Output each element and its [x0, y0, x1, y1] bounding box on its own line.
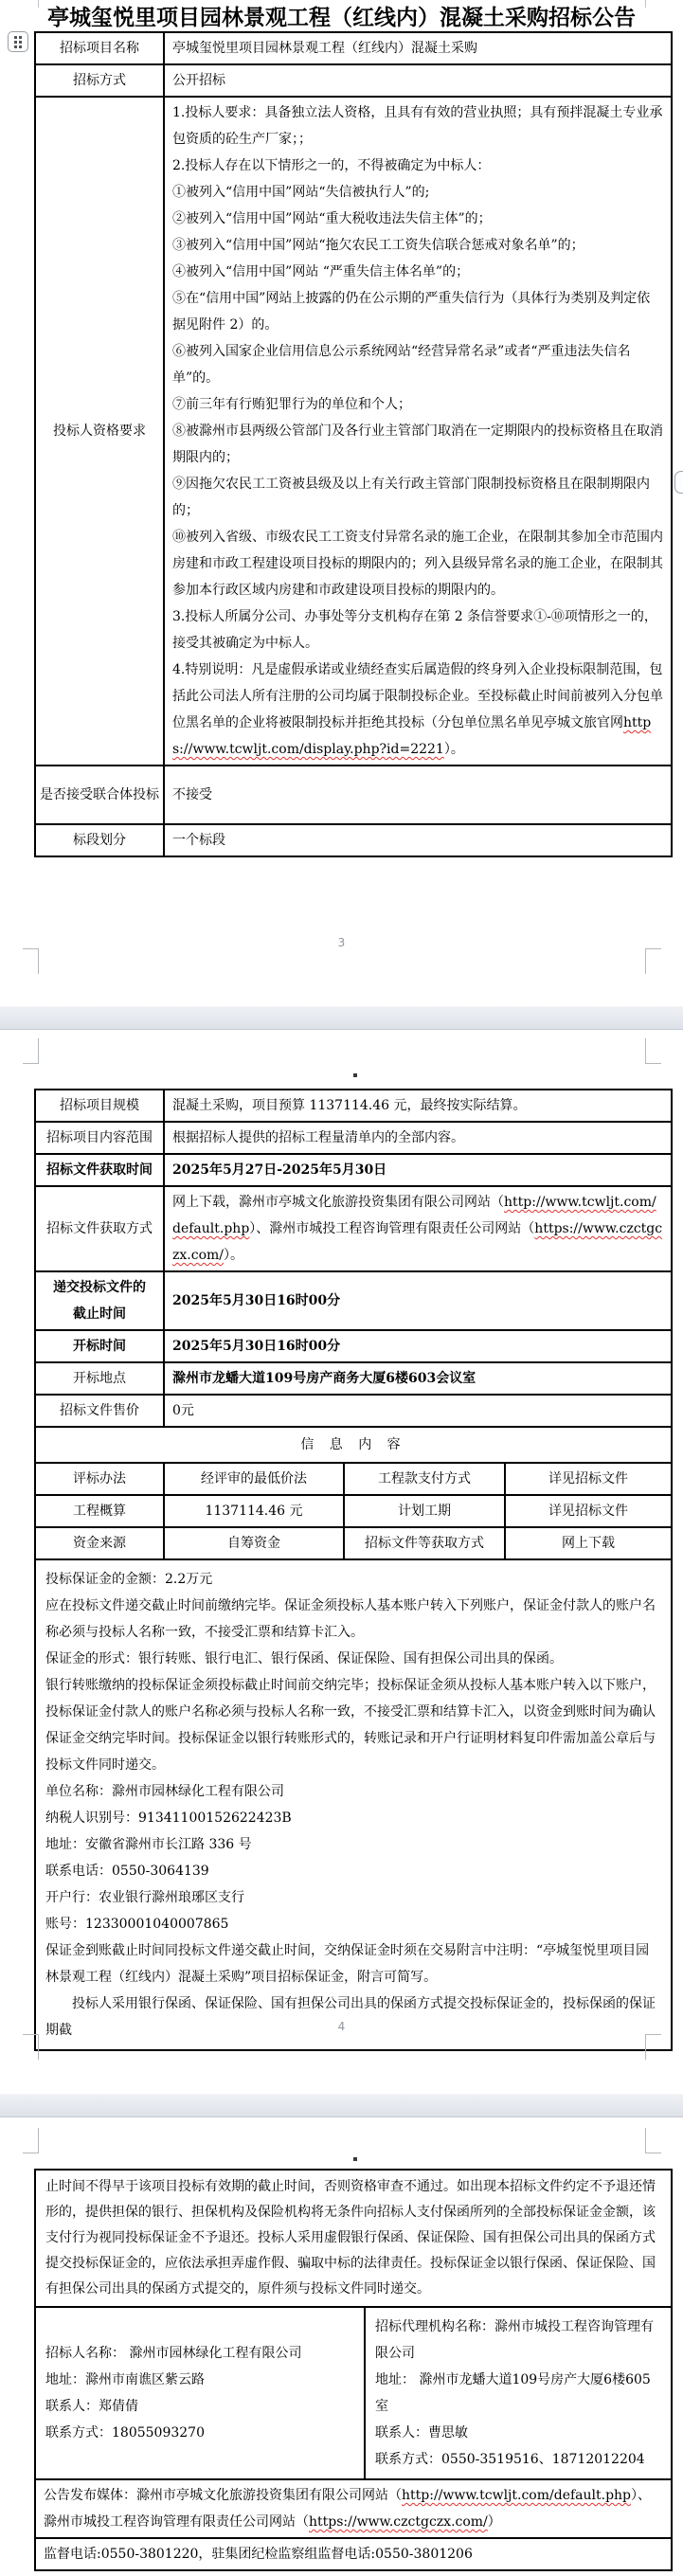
tenderer-info: 招标人名称： 滁州市园林绿化工程有限公司 地址：滁州市南谯区紫云路 联系人：郑倩… [35, 2307, 365, 2479]
field-value: 2025年5月30日16时00分 [164, 1271, 672, 1330]
drag-handle-dot [14, 45, 17, 48]
drag-handle-dot [19, 41, 22, 44]
table-row: 招标文件售价 0元 [35, 1395, 672, 1427]
deposit-paragraph: 投标保证金的金额：2.2万元 [45, 1566, 661, 1593]
deposit-paragraph: 单位名称：滁州市园林绿化工程有限公司 [45, 1778, 661, 1805]
table-row: 评标办法 经评审的最低价法 工程款支付方式 详见招标文件 [35, 1463, 672, 1495]
page-number: 3 [0, 936, 683, 949]
field-label: 是否接受联合体投标 [35, 766, 164, 824]
tenderer-phone: 联系方式：18055093270 [45, 2420, 354, 2446]
page-corner-mark [23, 1038, 39, 1064]
deposit-paragraph: 纳税人识别号：91341100152622423B [45, 1805, 661, 1831]
document-page-3: 止时间不得早于该项目投标有效期的截止时间，否则资格审查不通过。如出现本招标文件约… [0, 2117, 683, 2576]
agency-phone: 联系方式：0550-3519516、18712012204 [375, 2446, 661, 2473]
page-corner-mark [23, 2034, 39, 2060]
announcement-media: 公告发布媒体：滁州市亭城文化旅游投资集团有限公司网站（http://www.tc… [35, 2479, 672, 2538]
deposit-paragraph: 应在投标文件递交截止时间前缴纳完毕。保证金须投标人基本账户转入下列账户，保证金付… [45, 1593, 661, 1646]
field-label: 工程款支付方式 [344, 1463, 505, 1495]
document-download-info: 网上下载，滁州市亭城文化旅游投资集团有限公司网站（http://www.tcwl… [164, 1186, 672, 1271]
deposit-paragraph: 银行转账缴纳的投标保证金须投标截止时间前交纳完毕；投标保证金须从投标人基本账户转… [45, 1672, 661, 1778]
field-label: 计划工期 [344, 1495, 505, 1527]
field-value: 2025年5月30日16时00分 [164, 1330, 672, 1362]
field-label: 招标项目内容范围 [35, 1122, 164, 1154]
requirement-item: ④被列入“信用中国”网站 “严重失信主体名单”的； [172, 259, 663, 285]
field-value: 根据招标人提供的招标工程量清单内的全部内容。 [164, 1122, 672, 1154]
agency-name: 招标代理机构名称：滁州市城投工程咨询管理有限公司 [375, 2314, 661, 2367]
page-separator [0, 2094, 683, 2117]
supervision-phone: 监督电话:0550-3801220，驻集团纪检监察组监督电话:0550-3801… [35, 2538, 672, 2570]
table-row: 资金来源 自筹资金 招标文件等获取方式 网上下载 [35, 1527, 672, 1559]
field-label: 招标项目规模 [35, 1090, 164, 1122]
tender-notice-table: 招标项目名称 亭城玺悦里项目园林景观工程（红线内）混凝土采购 招标方式 公开招标… [34, 31, 673, 857]
field-label: 招标文件获取时间 [35, 1154, 164, 1186]
tender-info-table: 招标项目规模 混凝土采购，项目预算 1137114.46 元，最终按实际结算。 … [34, 1089, 673, 2051]
requirement-item: ⑦前三年有行贿犯罪行为的单位和个人； [172, 391, 663, 418]
requirement-item: ⑧被滁州市县两级公管部门及各行业主管部门取消在一定期限内的投标资格且在取消期限内… [172, 418, 663, 471]
field-value: 2025年5月27日-2025年5月30日 [164, 1154, 672, 1186]
field-value: 亭城玺悦里项目园林景观工程（红线内）混凝土采购 [164, 32, 672, 64]
table-row: 信 息 内 容 [35, 1427, 672, 1463]
page-number: 4 [0, 2020, 683, 2033]
deposit-paragraph: 投标人采用银行保函、保证保险、国有担保公司出具的保函方式提交投标保证金的，投标保… [45, 1991, 661, 2044]
requirement-item: ①被列入“信用中国”网站“失信被执行人”的; [172, 179, 663, 206]
field-label: 资金来源 [35, 1527, 164, 1559]
info-section-header: 信 息 内 容 [35, 1427, 672, 1463]
deposit-paragraph: 账号：12330001040007865 [45, 1911, 661, 1937]
download-text: 网上下载，滁州市亭城文化旅游投资集团有限公司网站（ [172, 1195, 504, 1210]
requirement-item: ⑩被列入省级、市级农民工工资支付异常名录的施工企业，在限制其参加全市范围内房建和… [172, 524, 663, 603]
table-row: 递交投标文件的 截止时间 2025年5月30日16时00分 [35, 1271, 672, 1330]
media-text: 公告发布媒体：滁州市亭城文化旅游投资集团有限公司网站（ [44, 2488, 402, 2503]
drag-handle-dot [14, 41, 17, 44]
page-corner-mark [645, 948, 661, 974]
field-label: 招标文件等获取方式 [344, 1527, 505, 1559]
field-value: 经评审的最低价法 [164, 1463, 344, 1495]
table-row: 招标人名称： 滁州市园林绿化工程有限公司 地址：滁州市南谯区紫云路 联系人：郑倩… [35, 2307, 672, 2479]
page-margin-mark [645, 0, 646, 8]
qualification-requirements: 1.投标人要求：具备独立法人资格，且具有有效的营业执照；具有预拌混凝土专业承包资… [164, 97, 672, 766]
field-value: 网上下载 [505, 1527, 672, 1559]
table-row: 开标时间 2025年5月30日16时00分 [35, 1330, 672, 1362]
requirement-item: ⑨因拖欠农民工工资被县级及以上有关行政主管部门限制投标资格且在限制期限内的； [172, 471, 663, 524]
field-value: 滁州市龙蟠大道109号房产商务大厦6楼603会议室 [164, 1362, 672, 1395]
requirement-text: ）。 [444, 742, 464, 757]
page-corner-mark [645, 2128, 661, 2153]
table-row: 招标文件获取方式 网上下载，滁州市亭城文化旅游投资集团有限公司网站（http:/… [35, 1186, 672, 1271]
table-row: 招标项目内容范围 根据招标人提供的招标工程量清单内的全部内容。 [35, 1122, 672, 1154]
czctgczx-url: https://www.czctgczx.com/ [309, 2514, 488, 2530]
agency-info: 招标代理机构名称：滁州市城投工程咨询管理有限公司 地址： 滁州市龙蟠大道109号… [365, 2307, 672, 2479]
deposit-continuation-paragraph: 止时间不得早于该项目投标有效期的截止时间，否则资格审查不通过。如出现本招标文件约… [35, 2170, 672, 2307]
table-row: 开标地点 滁州市龙蟠大道109号房产商务大厦6楼603会议室 [35, 1362, 672, 1395]
page-corner-mark [645, 2034, 661, 2060]
requirement-item: ③被列入“信用中国”网站“拖欠农民工工资失信联合惩戒对象名单”的； [172, 232, 663, 259]
table-row: 工程概算 1137114.46 元 计划工期 详见招标文件 [35, 1495, 672, 1527]
field-label: 标段划分 [35, 824, 164, 856]
table-row: 招标方式 公开招标 [35, 64, 672, 97]
field-label: 评标办法 [35, 1463, 164, 1495]
download-text: ）。 [224, 1248, 243, 1263]
table-row: 投标保证金的金额：2.2万元 应在投标文件递交截止时间前缴纳完毕。保证金须投标人… [35, 1559, 672, 2050]
table-row: 招标项目名称 亭城玺悦里项目园林景观工程（红线内）混凝土采购 [35, 32, 672, 64]
table-row: 投标人资格要求 1.投标人要求：具备独立法人资格，且具有有效的营业执照；具有预拌… [35, 97, 672, 766]
field-label: 工程概算 [35, 1495, 164, 1527]
requirement-item: 4.特别说明：凡是虚假承诺或业绩经查实后属造假的终身列入企业投标限制范围，包括此… [172, 657, 663, 763]
center-anchor-dot [353, 1073, 357, 1077]
bid-deposit-details: 投标保证金的金额：2.2万元 应在投标文件递交截止时间前缴纳完毕。保证金须投标人… [35, 1559, 672, 2050]
page-margin-mark [38, 0, 39, 8]
page-corner-mark [23, 2128, 39, 2153]
document-page-2: 招标项目规模 混凝土采购，项目预算 1137114.46 元，最终按实际结算。 … [0, 1030, 683, 2094]
media-text: ） [488, 2514, 501, 2530]
agency-contact: 联系人：曹思敏 [375, 2420, 661, 2446]
field-value: 详见招标文件 [505, 1463, 672, 1495]
document-page-1: 亭城玺悦里项目园林景观工程（红线内）混凝土采购招标公告 招标项目名称 亭城玺悦里… [0, 0, 683, 1006]
download-text: ）、滁州市城投工程咨询管理有限责任公司网站（ [249, 1221, 534, 1236]
table-row: 标段划分 一个标段 [35, 824, 672, 856]
drag-handle[interactable] [8, 31, 28, 52]
table-row: 招标项目规模 混凝土采购，项目预算 1137114.46 元，最终按实际结算。 [35, 1090, 672, 1122]
table-row: 监督电话:0550-3801220，驻集团纪检监察组监督电话:0550-3801… [35, 2538, 672, 2570]
requirement-item: 2.投标人存在以下情形之一的，不得被确定为中标人： [172, 153, 663, 179]
page-corner-mark [645, 1038, 661, 1064]
drag-handle-dot [19, 45, 22, 48]
table-row: 止时间不得早于该项目投标有效期的截止时间，否则资格审查不通过。如出现本招标文件约… [35, 2170, 672, 2307]
requirement-item: ⑥被列入国家企业信用信息公示系统网站“经营异常名录”或者“严重违法失信名单”的。 [172, 338, 663, 391]
field-label: 投标人资格要求 [35, 97, 164, 766]
field-value: 不接受 [164, 766, 672, 824]
agency-address: 地址： 滁州市龙蟠大道109号房产大厦6楼605室 [375, 2367, 661, 2420]
tenderer-address: 地址：滁州市南谯区紫云路 [45, 2367, 354, 2393]
field-value: 公开招标 [164, 64, 672, 97]
field-value: 一个标段 [164, 824, 672, 856]
side-scroll-handle[interactable] [674, 471, 683, 494]
field-label: 开标地点 [35, 1362, 164, 1395]
tenderer-name: 招标人名称： 滁州市园林绿化工程有限公司 [45, 2340, 354, 2367]
field-value: 混凝土采购，项目预算 1137114.46 元，最终按实际结算。 [164, 1090, 672, 1122]
drag-handle-dot [19, 36, 22, 39]
field-value: 0元 [164, 1395, 672, 1427]
page-separator [0, 1006, 683, 1030]
page-corner-mark [23, 948, 39, 974]
field-value: 自筹资金 [164, 1527, 344, 1559]
requirement-item: ⑤在“信用中国”网站上披露的仍在公示期的严重失信行为（具体行为类别及判定依据见附… [172, 285, 663, 338]
table-row: 招标文件获取时间 2025年5月27日-2025年5月30日 [35, 1154, 672, 1186]
field-label: 招标项目名称 [35, 32, 164, 64]
requirement-item: 1.投标人要求：具备独立法人资格，且具有有效的营业执照；具有预拌混凝土专业承包资… [172, 99, 663, 153]
deposit-paragraph: 开户行：农业银行滁州琅琊区支行 [45, 1884, 661, 1911]
field-label: 递交投标文件的 截止时间 [35, 1271, 164, 1330]
tenderer-contact: 联系人：郑倩倩 [45, 2393, 354, 2420]
field-value: 1137114.46 元 [164, 1495, 344, 1527]
deposit-paragraph: 联系电话：0550-3064139 [45, 1858, 661, 1884]
contacts-table: 止时间不得早于该项目投标有效期的截止时间，否则资格审查不通过。如出现本招标文件约… [34, 2169, 673, 2571]
field-label: 招标文件售价 [35, 1395, 164, 1427]
drag-handle-dot [14, 36, 17, 39]
requirement-item: ②被列入“信用中国”网站“重大税收违法失信主体”的； [172, 206, 663, 232]
field-label: 招标文件获取方式 [35, 1186, 164, 1271]
deposit-paragraph: 地址：安徽省滁州市长江路 336 号 [45, 1831, 661, 1858]
field-label: 开标时间 [35, 1330, 164, 1362]
document-viewer: { "window": { "page1_number": "3", "page… [0, 0, 683, 2576]
tcwljt-url: http://www.tcwljt.com/default.php [402, 2488, 631, 2503]
page-title: 亭城玺悦里项目园林景观工程（红线内）混凝土采购招标公告 [32, 5, 651, 31]
requirement-item: 3.投标人所属分公司、办事处等分支机构存在第 2 条信誉要求①-⑩项情形之一的，… [172, 603, 663, 657]
table-row: 公告发布媒体：滁州市亭城文化旅游投资集团有限公司网站（http://www.tc… [35, 2479, 672, 2538]
field-value: 详见招标文件 [505, 1495, 672, 1527]
deposit-paragraph: 保证金的形式：银行转账、银行电汇、银行保函、保证保险、国有担保公司出具的保函。 [45, 1646, 661, 1672]
table-row: 是否接受联合体投标 不接受 [35, 766, 672, 824]
deposit-paragraph: 保证金到账截止时间同投标文件递交截止时间，交纳保证金时须在交易附言中注明：“亭城… [45, 1937, 661, 1991]
field-label: 招标方式 [35, 64, 164, 97]
requirement-text: 4.特别说明：凡是虚假承诺或业绩经查实后属造假的终身列入企业投标限制范围，包括此… [172, 662, 663, 730]
center-anchor-dot [353, 2157, 357, 2161]
